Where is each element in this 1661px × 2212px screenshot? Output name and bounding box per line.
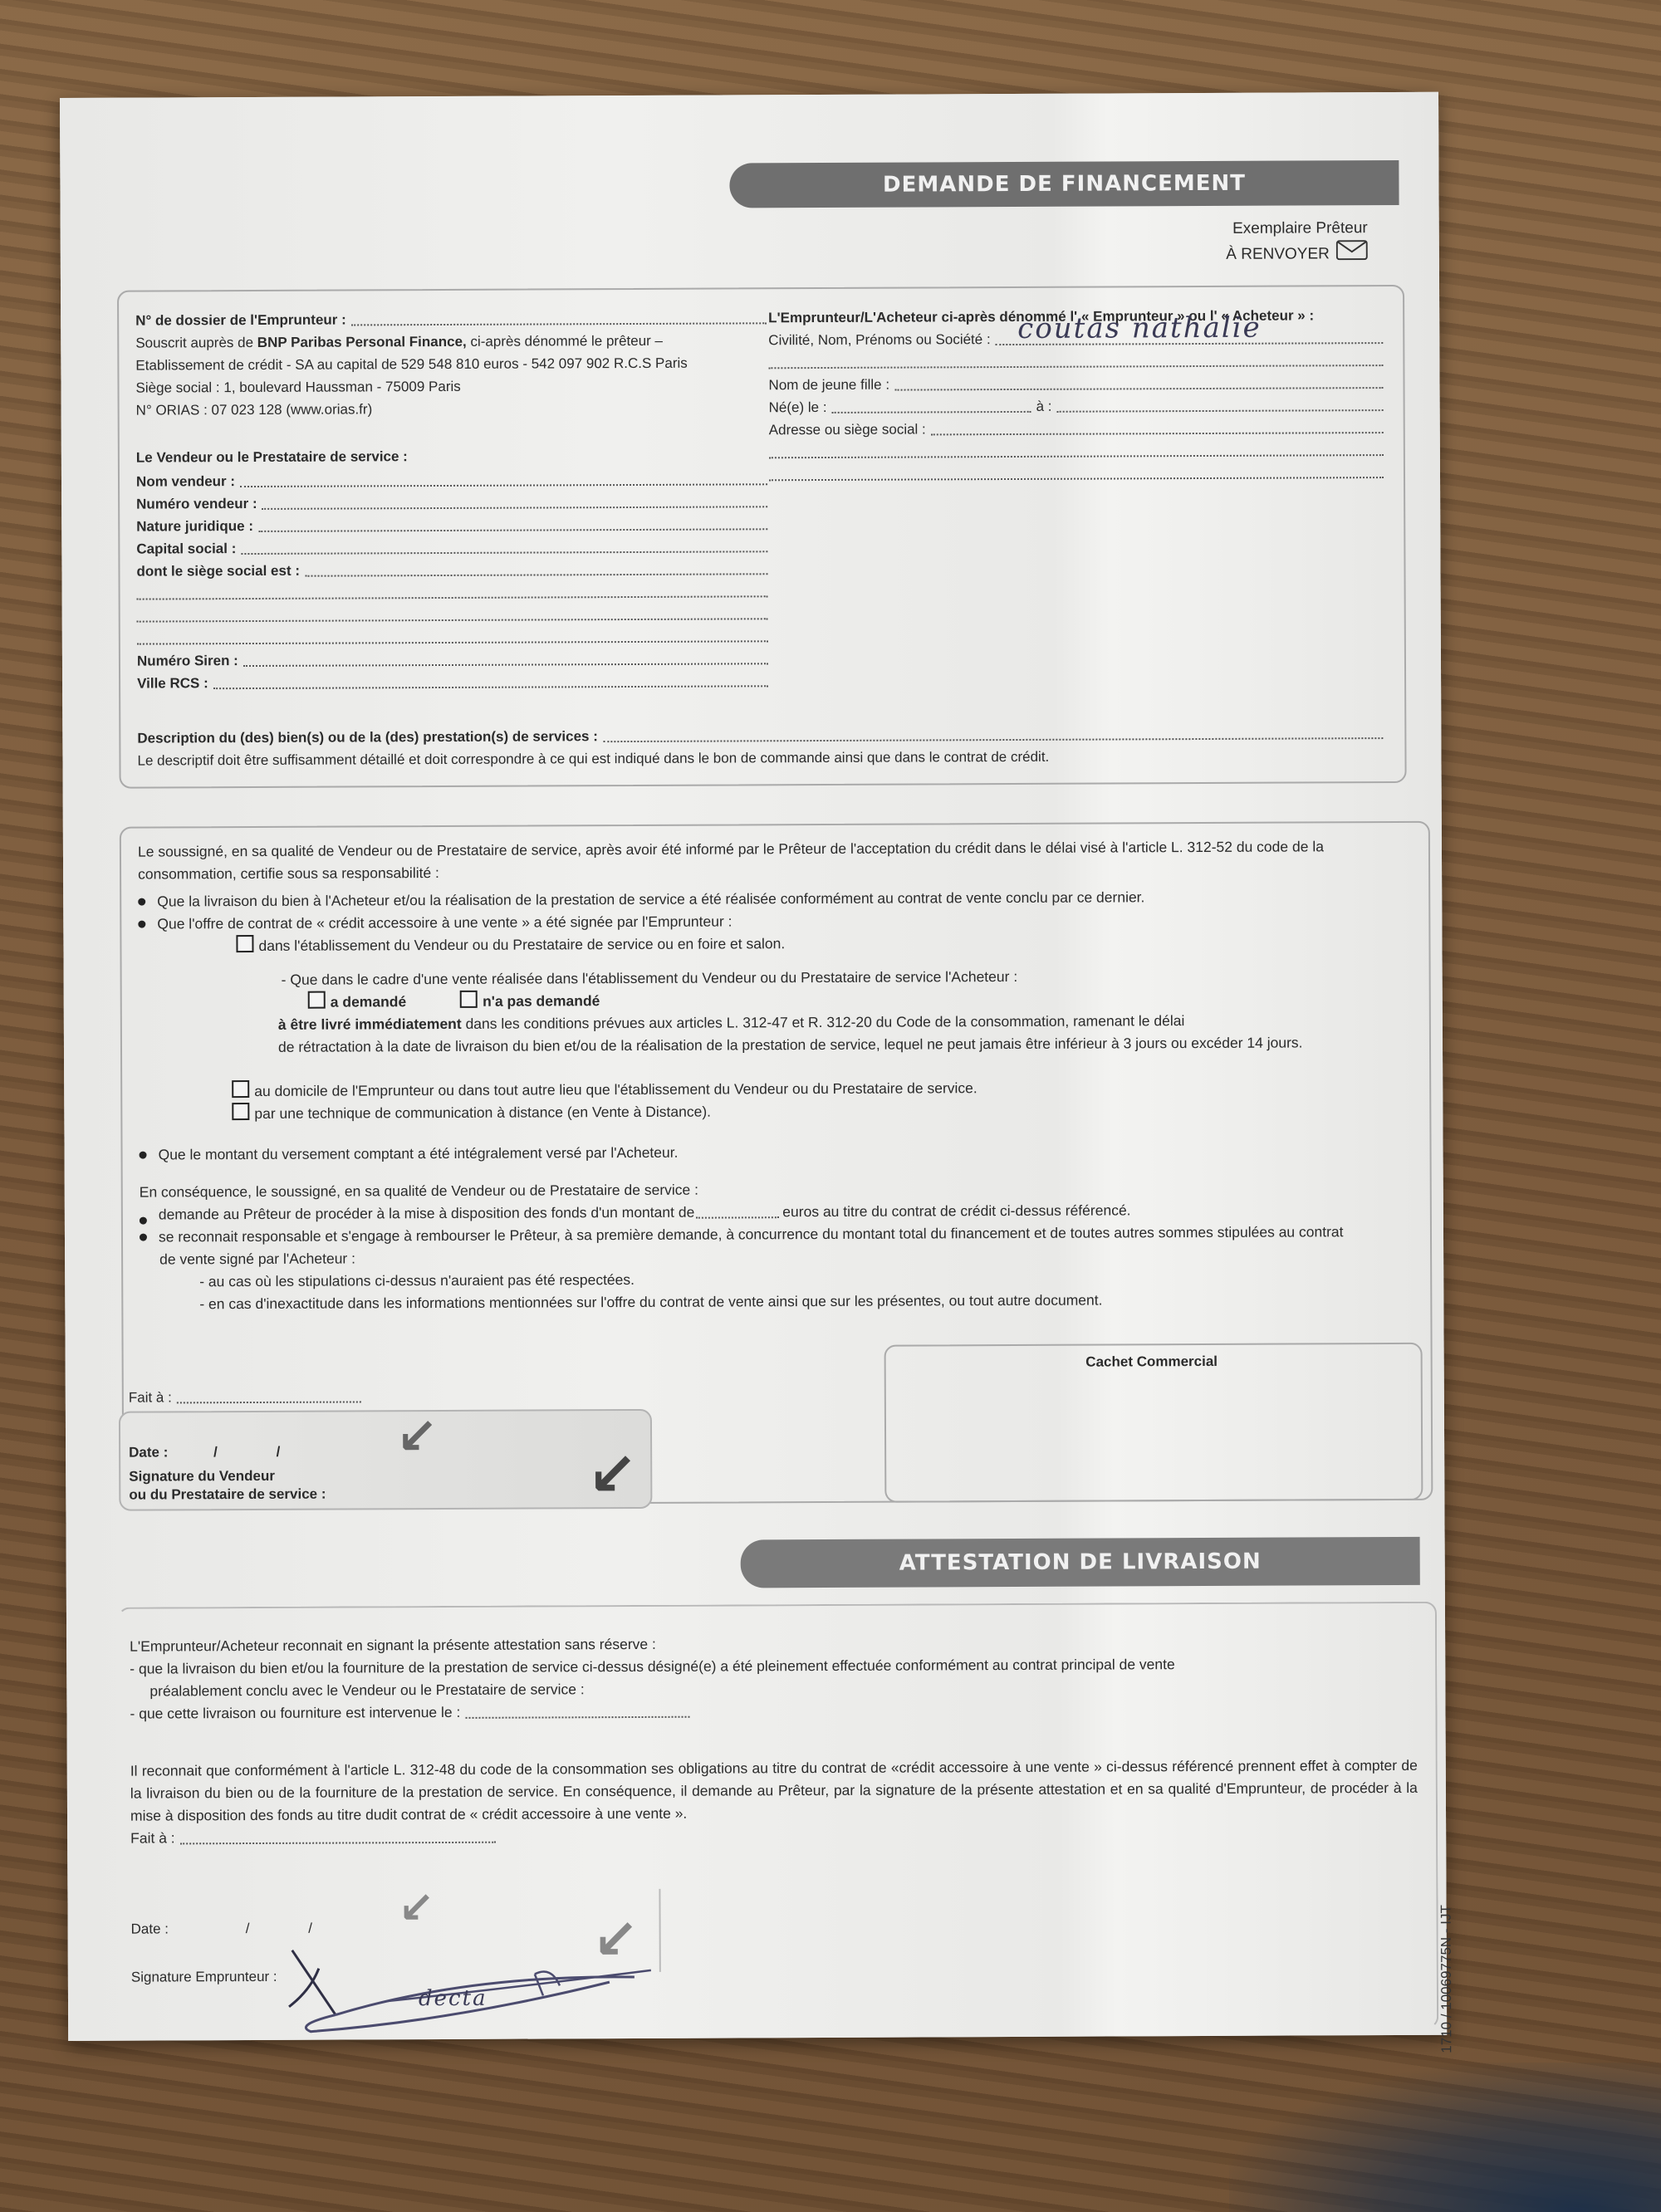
lender-block: N° de dossier de l'Emprunteur : Souscrit…: [135, 306, 767, 421]
bullet-icon: [140, 1233, 147, 1241]
certification-down-payment: Que le montant du versement comptant a é…: [159, 1144, 679, 1163]
return-label: À RENVOYER: [1226, 242, 1330, 267]
bullet-icon: [138, 920, 145, 927]
description-block: Description du (des) bien(s) ou de la (d…: [137, 722, 1383, 772]
delivery-title: ATTESTATION DE LIVRAISON: [899, 1549, 1262, 1576]
siren-field[interactable]: [243, 662, 768, 667]
done-at-label: Fait à :: [129, 1386, 172, 1408]
checkbox-distance[interactable]: [232, 1103, 249, 1120]
form-code: 1710 / 10069775N - IJT: [1438, 1905, 1456, 2053]
certification-block: Le soussigné, en sa qualité de Vendeur o…: [138, 835, 1410, 1316]
delivery-block: L'Emprunteur/Acheteur reconnait en signa…: [130, 1630, 1418, 1850]
legal-form-field[interactable]: [258, 527, 767, 532]
delivery-paragraph: Il reconnait que conformément à l'articl…: [130, 1754, 1418, 1828]
immediate-delivery-text: dans les conditions prévues aux articles…: [465, 1012, 1184, 1032]
date-label: Date :: [131, 1921, 169, 1936]
lender-prefix: Souscrit auprès de: [135, 335, 253, 351]
bullet-icon: [138, 898, 145, 905]
description-field[interactable]: [603, 737, 1383, 742]
birth-place-field[interactable]: [1056, 409, 1383, 413]
sign-here-arrow-icon: ↙: [587, 1444, 638, 1504]
birth-place-label: à :: [1036, 395, 1051, 418]
birth-date-field[interactable]: [832, 410, 1031, 414]
share-capital-field[interactable]: [241, 550, 767, 555]
funds-request-prefix: demande au Prêteur de procéder à la mise…: [159, 1201, 695, 1226]
done-at-field[interactable]: [177, 1400, 361, 1403]
lender-legal: Etablissement de crédit - SA au capital …: [135, 351, 767, 376]
retraction-text: de rétractation à la date de livraison d…: [278, 1031, 1409, 1059]
vendor-heading: Le Vendeur ou le Prestataire de service …: [136, 443, 767, 468]
description-label: Description du (des) bien(s) ou de la (d…: [137, 725, 598, 749]
head-office-field[interactable]: [305, 572, 767, 576]
option-asked-label: a demandé: [331, 993, 407, 1010]
lender-name: BNP Paribas Personal Finance,: [257, 334, 467, 350]
lender-orias: N° ORIAS : 07 023 128 (www.orias.fr): [136, 396, 767, 421]
certification-delivery: Que la livraison du bien à l'Acheteur et…: [157, 888, 1144, 909]
form-title: DEMANDE DE FINANCEMENT: [883, 171, 1246, 198]
signature-text: decta: [419, 1986, 488, 2011]
birth-date-label: Né(e) le :: [769, 396, 827, 418]
legal-form-label: Nature juridique :: [136, 515, 253, 538]
delivery-title-banner: ATTESTATION DE LIVRAISON: [741, 1537, 1420, 1588]
siren-label: Numéro Siren :: [137, 649, 238, 673]
funds-request-suffix: euros au titre du contrat de crédit ci-d…: [782, 1199, 1130, 1223]
option-not-asked-label: n'a pas demandé: [483, 992, 600, 1010]
date-separator: /: [213, 1444, 218, 1460]
delivery-date-field[interactable]: [465, 1715, 689, 1719]
form-title-banner: DEMANDE DE FINANCEMENT: [729, 160, 1399, 208]
checkbox-establishment[interactable]: [236, 935, 253, 952]
responsibility-text: se reconnait responsable et s'engage à r…: [159, 1223, 1344, 1245]
vendor-block: Le Vendeur ou le Prestataire de service …: [136, 443, 768, 694]
checkbox-asked[interactable]: [308, 991, 326, 1009]
certification-intro: Le soussigné, en sa qualité de Vendeur o…: [138, 835, 1409, 886]
vendor-date: Date : / /: [129, 1441, 280, 1464]
bullet-icon: [140, 1217, 147, 1225]
lender-address: Siège social : 1, boulevard Haussman - 7…: [135, 374, 767, 399]
address-field-2[interactable]: [769, 453, 1384, 458]
vendor-name-field[interactable]: [240, 482, 767, 487]
head-office-field-4[interactable]: [137, 639, 768, 644]
option-home-label: au domicile de l'Emprunteur ou dans tout…: [254, 1079, 977, 1099]
copy-info: Exemplaire Prêteur À RENVOYER: [1226, 217, 1368, 268]
funds-amount-field[interactable]: [696, 1216, 779, 1218]
sign-here-arrow-icon: ↙: [398, 1887, 434, 1930]
option-establishment-label: dans l'établissement du Vendeur ou du Pr…: [258, 935, 785, 954]
address-label: Adresse ou siège social :: [769, 418, 926, 441]
date-label: Date :: [129, 1444, 168, 1460]
checkbox-not-asked[interactable]: [460, 991, 478, 1008]
vendor-number-label: Numéro vendeur :: [136, 492, 257, 516]
date-separator: /: [277, 1444, 281, 1460]
signature-label-1: Signature du Vendeur: [129, 1467, 326, 1486]
borrower-name-field-2[interactable]: [768, 364, 1383, 369]
borrower-block: L'Emprunteur/L'Acheteur ci-après dénommé…: [768, 304, 1384, 486]
head-office-field-3[interactable]: [137, 617, 768, 622]
date-separator: /: [246, 1921, 250, 1936]
borrower-name-value: coutas nathalie: [1017, 317, 1262, 340]
borrower-date: Date : / /: [131, 1917, 312, 1940]
vendor-number-field[interactable]: [262, 505, 768, 510]
option-distance-label: par une technique de communication à dis…: [254, 1104, 711, 1122]
envelope-icon: [1336, 240, 1368, 267]
borrower-name-label: Civilité, Nom, Prénoms ou Société :: [768, 328, 991, 351]
checkbox-home[interactable]: [232, 1080, 249, 1098]
dossier-field[interactable]: [351, 321, 767, 325]
bullet-icon: [140, 1151, 147, 1158]
delivery-done-at-label: Fait à :: [130, 1827, 175, 1849]
head-office-field-2[interactable]: [137, 595, 768, 599]
borrower-signature[interactable]: decta: [286, 1940, 668, 2033]
delivery-done-at-field[interactable]: [180, 1841, 497, 1845]
address-field[interactable]: [931, 431, 1384, 435]
delivery-date-label: - que cette livraison ou fourniture est …: [130, 1701, 460, 1725]
vendor-signature-label: Signature du Vendeur ou du Prestataire d…: [129, 1467, 326, 1505]
head-office-label: dont le siège social est :: [136, 560, 300, 583]
address-field-3[interactable]: [769, 476, 1384, 481]
certification-offer-signed: Que l'offre de contrat de « crédit acces…: [157, 913, 732, 932]
copy-label: Exemplaire Prêteur: [1226, 217, 1368, 241]
share-capital-label: Capital social :: [136, 537, 236, 560]
dossier-label: N° de dossier de l'Emprunteur :: [135, 308, 346, 331]
lender-suffix: ci-après dénommé le prêteur –: [470, 333, 663, 350]
vendor-done-at: Fait à :: [129, 1385, 361, 1408]
stamp-label: Cachet Commercial: [884, 1349, 1419, 1374]
sign-here-arrow-icon: ↙: [396, 1412, 439, 1461]
borrower-signature-label: Signature Emprunteur :: [131, 1965, 277, 1989]
vendor-name-label: Nom vendeur :: [136, 470, 235, 493]
date-separator: /: [308, 1921, 312, 1936]
rcs-city-field[interactable]: [213, 684, 768, 689]
background-object: [1229, 2063, 1661, 2212]
maiden-name-label: Nom de jeune fille :: [768, 374, 889, 397]
rcs-city-label: Ville RCS :: [137, 672, 208, 694]
maiden-name-field[interactable]: [894, 386, 1383, 391]
financing-request-form: DEMANDE DE FINANCEMENT Exemplaire Prêteu…: [60, 92, 1447, 2041]
signature-label-2: ou du Prestataire de service :: [129, 1485, 326, 1505]
immediate-delivery-bold: à être livré immédiatement: [278, 1015, 462, 1033]
